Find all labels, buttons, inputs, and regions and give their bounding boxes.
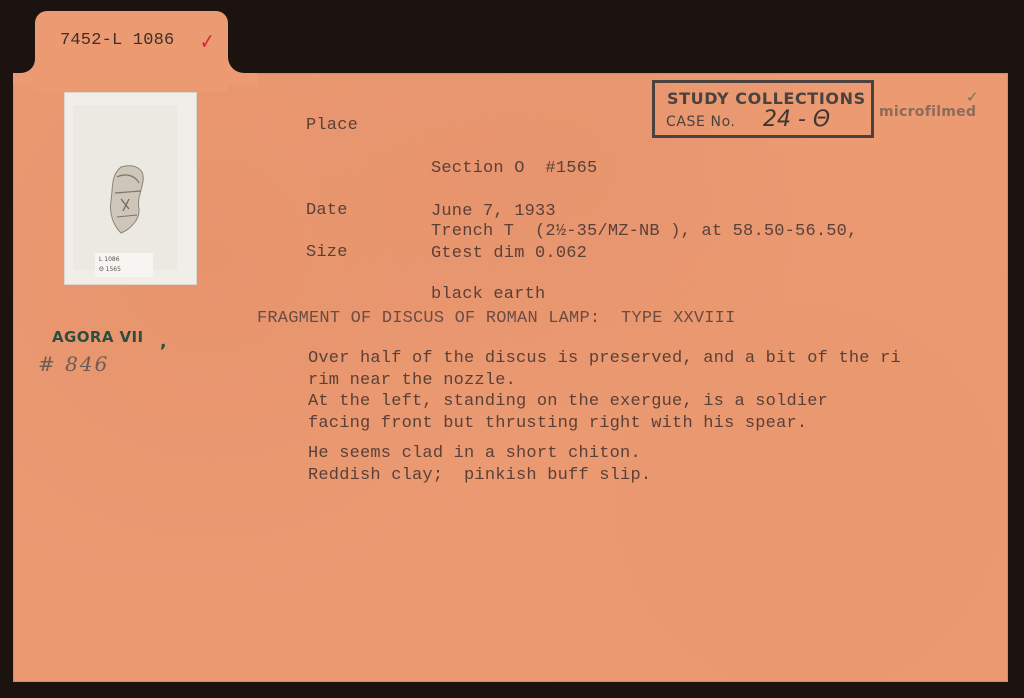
green-check-icon: ✓: [966, 88, 979, 106]
inventory-code: 7452-L 1086: [60, 31, 174, 50]
photo-label-section: Θ 1565: [99, 265, 153, 275]
photo-background: L 1086 Θ 1565: [73, 105, 177, 270]
lamp-fragment-image: [107, 163, 147, 235]
catalog-number-handwritten: # 846: [38, 352, 109, 376]
photo-label-inventory: L 1086: [99, 255, 153, 265]
size-label: Size: [306, 243, 348, 262]
publication-stamp: AGORA VII: [52, 328, 143, 346]
description-line-1: Over half of the discus is preserved, an…: [308, 348, 901, 370]
object-photo: L 1086 Θ 1565: [64, 92, 197, 285]
stamp-case-number: 24 - Θ: [763, 107, 830, 132]
place-line-2: Trench T (2½-35/MZ-NB ), at 58.50-56.50,: [431, 221, 857, 242]
description-line-4: facing front but thrusting right with hi…: [308, 413, 807, 435]
date-label: Date: [306, 201, 348, 220]
description-line-5: He seems clad in a short chiton.: [308, 443, 641, 465]
publication-comma: ,: [160, 332, 166, 352]
stamp-case-label: CASE No.: [666, 114, 736, 130]
description-line-3: At the left, standing on the exergue, is…: [308, 391, 828, 413]
place-line-1: Section O #1565: [431, 158, 857, 179]
object-title: FRAGMENT OF DISCUS OF ROMAN LAMP: TYPE X…: [257, 309, 735, 328]
description-line-6: Reddish clay; pinkish buff slip.: [308, 465, 651, 487]
tab-shoulder-left: [13, 55, 43, 85]
stamp-title: STUDY COLLECTIONS: [667, 89, 866, 108]
study-collections-stamp: STUDY COLLECTIONS CASE No. 24 - Θ: [652, 80, 874, 138]
photo-label: L 1086 Θ 1565: [95, 253, 153, 277]
place-line-3: black earth: [431, 284, 857, 305]
red-check-icon: ✓: [200, 30, 215, 55]
tab-shoulder-right: [218, 55, 258, 85]
microfilmed-stamp: microfilmed: [879, 104, 976, 120]
place-label: Place: [306, 116, 358, 135]
size-value: Gtest dim 0.062: [431, 243, 587, 264]
description-line-2: rim near the nozzle.: [308, 370, 516, 392]
date-value: June 7, 1933: [431, 201, 556, 222]
